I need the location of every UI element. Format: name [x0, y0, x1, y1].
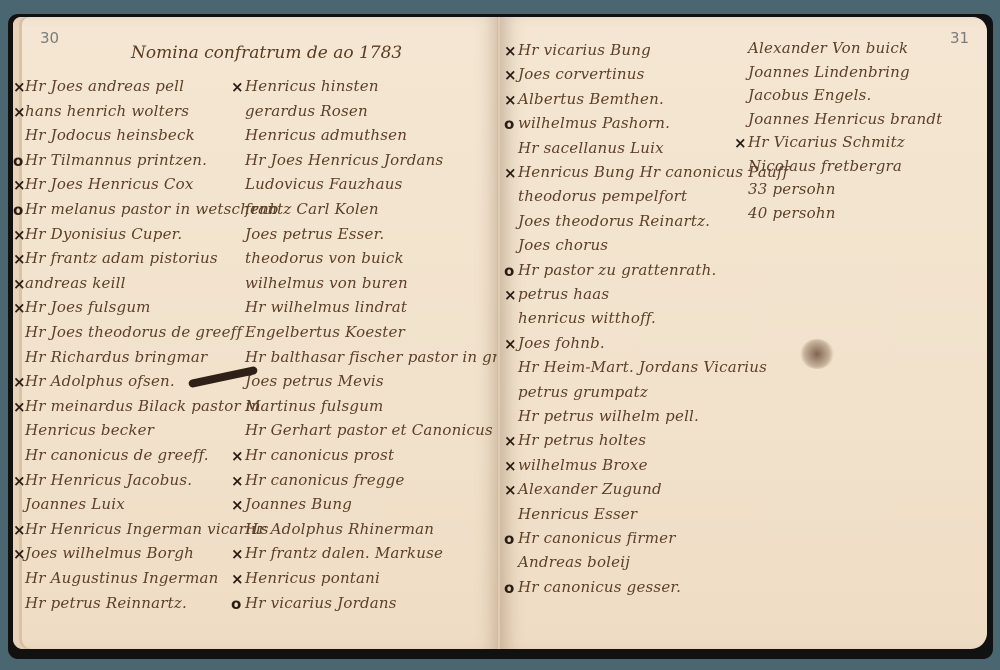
ink-stain — [800, 339, 834, 369]
register-entry: Martinus fulsgum — [245, 397, 383, 415]
register-entry: petrus grumpatz — [518, 383, 648, 401]
cross-mark-icon: × — [13, 545, 26, 563]
register-entry: frantz Carl Kolen — [245, 200, 379, 218]
circle-mark-icon: o — [504, 530, 514, 548]
register-entry: Hr frantz dalen. Markuse — [245, 544, 443, 562]
register-entry: Hr canonicus prost — [245, 446, 394, 464]
cross-mark-icon: × — [231, 78, 244, 96]
cross-mark-icon: × — [504, 481, 517, 499]
register-entry: Hr Henricus Ingerman vicarius — [25, 520, 269, 538]
cross-mark-icon: × — [13, 78, 26, 96]
register-entry: theodorus pempelfort — [518, 187, 687, 205]
register-entry: 33 persohn — [748, 180, 836, 198]
cross-mark-icon: × — [13, 103, 26, 121]
register-entry: Albertus Bemthen. — [518, 90, 664, 108]
page-heading: Nomina confratrum de ao 1783 — [131, 43, 402, 63]
cross-mark-icon: × — [13, 299, 26, 317]
register-entry: Hr canonicus de greeff. — [25, 446, 209, 464]
cross-mark-icon: × — [13, 373, 26, 391]
register-entry: Hr melanus pastor in wetschenb — [25, 200, 279, 218]
register-entry: Alexander Zugund — [518, 480, 662, 498]
circle-mark-icon: o — [13, 201, 23, 219]
cross-mark-icon: × — [504, 286, 517, 304]
cross-mark-icon: × — [504, 91, 517, 109]
cross-mark-icon: × — [13, 521, 26, 539]
cross-mark-icon: × — [504, 164, 517, 182]
register-entry: Ludovicus Fauzhaus — [245, 175, 403, 193]
register-entry: Hr frantz adam pistorius — [25, 249, 218, 267]
register-entry: Joes corvertinus — [518, 65, 645, 83]
register-entry: Hr Adolphus ofsen. — [25, 372, 175, 390]
cross-mark-icon: × — [13, 226, 26, 244]
register-entry: Joes petrus Mevis — [245, 372, 384, 390]
register-entry: Hr Augustinus Ingerman — [25, 569, 219, 587]
register-entry: Henricus hinsten — [245, 77, 379, 95]
register-entry: Hr Tilmannus printzen. — [25, 151, 207, 169]
register-entry: Hr Gerhart pastor et Canonicus — [245, 421, 493, 439]
register-entry: Hr Henricus Jacobus. — [25, 471, 192, 489]
register-entry: Hr Joes Henricus Jordans — [245, 151, 443, 169]
register-entry: Hr Joes theodorus de greeff — [25, 323, 242, 341]
register-entry: theodorus von buick — [245, 249, 404, 267]
circle-mark-icon: o — [504, 579, 514, 597]
register-entry: Engelbertus Koester — [245, 323, 405, 341]
cross-mark-icon: × — [504, 335, 517, 353]
cross-mark-icon: × — [231, 545, 244, 563]
cross-mark-icon: × — [734, 134, 747, 152]
register-entry: Henricus admuthsen — [245, 126, 407, 144]
page-number: 31 — [950, 29, 969, 47]
register-entry: Hr sacellanus Luix — [518, 139, 664, 157]
register-entry: Henricus Esser — [518, 505, 637, 523]
right-page: 31 ×Hr vicarius Bung×Joes corvertinus×Al… — [500, 17, 987, 649]
register-entry: andreas keill — [25, 274, 126, 292]
cross-mark-icon: × — [504, 457, 517, 475]
register-entry: henricus witthoff. — [518, 309, 656, 327]
register-entry: Hr vicarius Bung — [518, 41, 651, 59]
circle-mark-icon: o — [13, 152, 23, 170]
circle-mark-icon: o — [504, 115, 514, 133]
register-entry: Joannes Henricus brandt — [748, 110, 942, 128]
register-entry: Hr vicarius Jordans — [245, 594, 397, 612]
register-entry: Nicolaus fretbergra — [748, 157, 902, 175]
register-entry: hans henrich wolters — [25, 102, 189, 120]
cross-mark-icon: × — [13, 250, 26, 268]
register-entry: Hr wilhelmus lindrat — [245, 298, 407, 316]
register-entry: Joannes Bung — [245, 495, 352, 513]
register-entry: Hr Heim-Mart. Jordans Vicarius — [518, 358, 767, 376]
cross-mark-icon: × — [504, 42, 517, 60]
register-entry: Hr petrus Reinnartz. — [25, 594, 187, 612]
register-entry: Alexander Von buick — [748, 39, 908, 57]
register-entry: Joes petrus Esser. — [245, 225, 384, 243]
register-entry: Hr petrus holtes — [518, 431, 646, 449]
register-entry: Joes chorus — [518, 236, 608, 254]
cross-mark-icon: × — [231, 570, 244, 588]
register-entry: Hr Joes fulsgum — [25, 298, 151, 316]
register-entry: petrus haas — [518, 285, 609, 303]
register-entry: Henricus becker — [25, 421, 154, 439]
register-entry: Hr Adolphus Rhinerman — [245, 520, 434, 538]
register-entry: Hr Dyonisius Cuper. — [25, 225, 182, 243]
register-entry: Hr canonicus gesser. — [518, 578, 681, 596]
register-entry: Andreas boleij — [518, 553, 630, 571]
cross-mark-icon: × — [13, 398, 26, 416]
cross-mark-icon: × — [13, 176, 26, 194]
cross-mark-icon: × — [504, 432, 517, 450]
register-entry: Hr Jodocus heinsbeck — [25, 126, 195, 144]
register-entry: Hr balthasar fischer pastor in gruitz — [245, 348, 498, 366]
register-entry: Hr Joes andreas pell — [25, 77, 184, 95]
page-number: 30 — [40, 29, 59, 47]
register-entry: Hr Joes Henricus Cox — [25, 175, 194, 193]
register-entry: 40 persohn — [748, 204, 836, 222]
register-entry: Hr canonicus firmer — [518, 529, 676, 547]
cross-mark-icon: × — [13, 275, 26, 293]
cross-mark-icon: × — [231, 472, 244, 490]
register-entry: Jacobus Engels. — [748, 86, 871, 104]
register-entry: Joes theodorus Reinartz. — [518, 212, 710, 230]
register-entry: Joannes Lindenbring — [748, 63, 910, 81]
cross-mark-icon: × — [13, 472, 26, 490]
register-entry: wilhelmus Broxe — [518, 456, 648, 474]
register-entry: Hr pastor zu grattenrath. — [518, 261, 716, 279]
cross-mark-icon: × — [231, 447, 244, 465]
cross-mark-icon: × — [231, 496, 244, 514]
register-entry: wilhelmus Pashorn. — [518, 114, 670, 132]
register-entry: Hr canonicus fregge — [245, 471, 405, 489]
register-entry: Hr meinardus Bilack pastor in — [25, 397, 261, 415]
register-entry: Henricus pontani — [245, 569, 380, 587]
circle-mark-icon: o — [231, 595, 241, 613]
register-entry: Hr Richardus bringmar — [25, 348, 207, 366]
register-entry: Joannes Luix — [25, 495, 125, 513]
cross-mark-icon: × — [504, 66, 517, 84]
left-page: 30 Nomina confratrum de ao 1783 ×Hr Joes… — [13, 17, 498, 649]
register-entry: gerardus Rosen — [245, 102, 368, 120]
circle-mark-icon: o — [504, 262, 514, 280]
register-entry: wilhelmus von buren — [245, 274, 408, 292]
register-entry: Joes wilhelmus Borgh — [25, 544, 194, 562]
register-entry: Hr Vicarius Schmitz — [748, 133, 905, 151]
register-entry: Joes fohnb. — [518, 334, 605, 352]
register-entry: Hr petrus wilhelm pell. — [518, 407, 699, 425]
